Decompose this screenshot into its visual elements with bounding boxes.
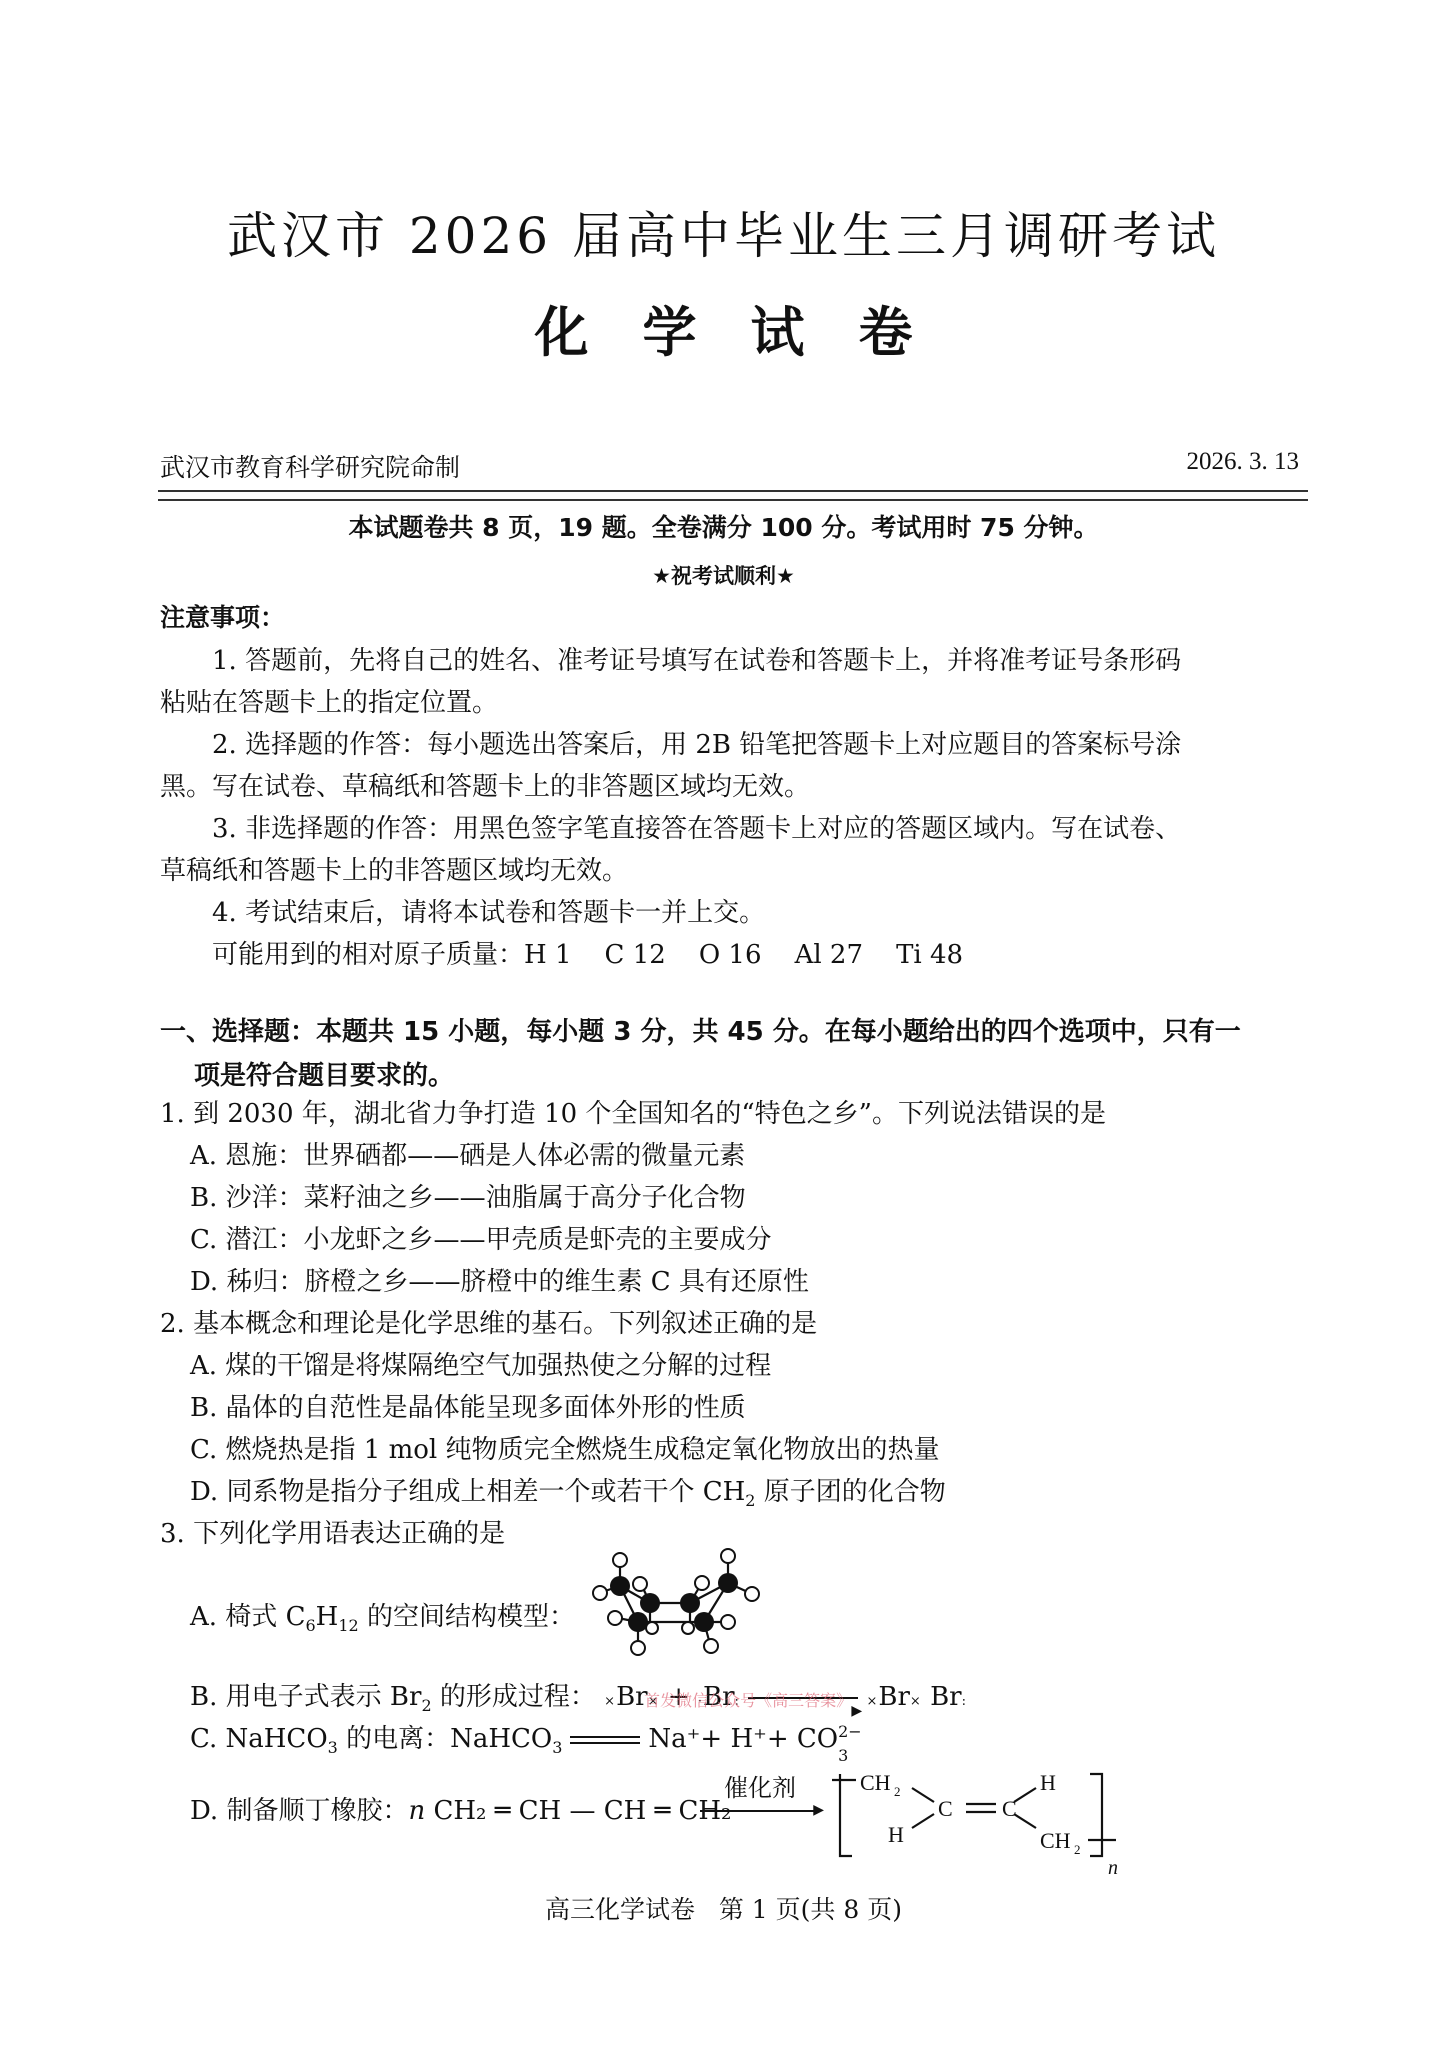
subject-title: 化学试卷 [0,290,1447,367]
question-3-option-d: D. 制备顺丁橡胶：n CH₂ ═ CH — CH ═ CH₂ [190,1790,731,1832]
double-rule-divider [158,490,1308,501]
svg-text:C: C [938,1796,953,1821]
exam-date: 2026. 3. 13 [1187,448,1300,476]
notes-heading: 注意事项： [160,598,285,634]
question-2-option-c: C. 燃烧热是指 1 mol 纯物质完全燃烧生成稳定氧化物放出的热量 [160,1429,946,1471]
svg-text:2: 2 [894,1784,901,1799]
note-3-line2: 草稿纸和答题卡上的非答题区域均无效。 [160,850,1181,892]
section-1-line2: 项是符合题目要求的。 [160,1054,1310,1098]
svg-text:CH: CH [860,1770,891,1795]
question-1-stem: 1. 到 2030 年，湖北省力争打造 10 个全国知名的“特色之乡”。下列说法… [160,1093,1106,1135]
question-3-stem: 3. 下列化学用语表达正确的是 [160,1513,946,1555]
atomic-mass-values: H 1 C 12 O 16 Al 27 Ti 48 [524,940,963,970]
svg-text:n: n [1108,1857,1118,1879]
exam-info: 本试题卷共 8 页，19 题。全卷满分 100 分。考试用时 75 分钟。 [0,508,1447,544]
svg-text:H: H [1040,1770,1056,1795]
question-1-option-d: D. 秭归：脐橙之乡——脐橙中的维生素 C 具有还原性 [160,1261,1106,1303]
equals-sign [570,1736,640,1744]
note-2-line1: 2. 选择题的作答：每小题选出答案后，用 2B 铅笔把答题卡上对应题目的答案标号… [160,724,1181,766]
question-1-option-c: C. 潜江：小龙虾之乡——甲壳质是虾壳的主要成分 [160,1219,1106,1261]
catalyst-label: 催化剂 [700,1768,820,1803]
svg-text:H: H [888,1822,904,1847]
svg-text:CH: CH [1040,1828,1071,1853]
br2-electron-formula: ×Br× + ·Br: ▶ ×Br× Br: 首发微信公众号《高三答案》 [604,1682,967,1712]
question-3-option-c: C. NaHCO3 的电离：NaHCO3Na⁺+ H⁺+ CO2−3 [190,1718,866,1760]
page-footer: 高三化学试卷 第 1 页(共 8 页) [0,1890,1447,1926]
section-1-heading: 一、选择题：本题共 15 小题，每小题 3 分，共 45 分。在每小题给出的四个… [160,1010,1310,1098]
note-2-line2: 黑。写在试卷、草稿纸和答题卡上的非答题区域均无效。 [160,766,1181,808]
notes-list: 1. 答题前，先将自己的姓名、准考证号填写在试卷和答题卡上，并将准考证号条形码 … [160,640,1181,976]
question-1: 1. 到 2030 年，湖北省力争打造 10 个全国知名的“特色之乡”。下列说法… [160,1093,1106,1303]
watermark: 首发微信公众号《高三答案》 [644,1680,852,1722]
note-1-line1: 1. 答题前，先将自己的姓名、准考证号填写在试卷和答题卡上，并将准考证号条形码 [160,640,1181,682]
cis-polybutadiene-structure-icon: CH2 CC HH CH2 n [826,1768,1126,1898]
svg-text:C: C [1002,1796,1017,1821]
question-2-option-a: A. 煤的干馏是将煤隔绝空气加强热使之分解的过程 [160,1345,946,1387]
question-1-option-a: A. 恩施：世界硒都——硒是人体必需的微量元素 [160,1135,1106,1177]
exam-title: 武汉市 2026 届高中毕业生三月调研考试 [0,196,1447,268]
note-4-line1: 4. 考试结束后，请将本试卷和答题卡一并上交。 [160,892,1181,934]
note-3-line1: 3. 非选择题的作答：用黑色签字笔直接答在答题卡上对应的答题区域内。写在试卷、 [160,808,1181,850]
atomic-masses: 可能用到的相对原子质量：H 1 C 12 O 16 Al 27 Ti 48 [160,934,1181,976]
note-1-line2: 粘贴在答题卡上的指定位置。 [160,682,1181,724]
question-2-option-d: D. 同系物是指分子组成上相差一个或若干个 CH2 原子团的化合物 [160,1471,946,1513]
question-3-option-a: A. 椅式 C6H12 的空间结构模型： [190,1596,575,1638]
svg-text:2: 2 [1074,1842,1081,1857]
good-luck-banner: ★祝考试顺利★ [0,560,1447,590]
atomic-mass-label: 可能用到的相对原子质量： [212,940,524,970]
issuing-org: 武汉市教育科学研究院命制 [160,448,460,484]
catalyst-arrow-icon: ▶ [700,1810,818,1812]
chair-cyclohexane-model-icon [590,1548,790,1658]
question-2: 2. 基本概念和理论是化学思维的基石。下列叙述正确的是 A. 煤的干馏是将煤隔绝… [160,1303,946,1555]
section-1-line1: 一、选择题：本题共 15 小题，每小题 3 分，共 45 分。在每小题给出的四个… [160,1010,1310,1054]
question-2-option-b: B. 晶体的自范性是晶体能呈现多面体外形的性质 [160,1387,946,1429]
question-1-option-b: B. 沙洋：菜籽油之乡——油脂属于高分子化合物 [160,1177,1106,1219]
question-2-stem: 2. 基本概念和理论是化学思维的基石。下列叙述正确的是 [160,1303,946,1345]
